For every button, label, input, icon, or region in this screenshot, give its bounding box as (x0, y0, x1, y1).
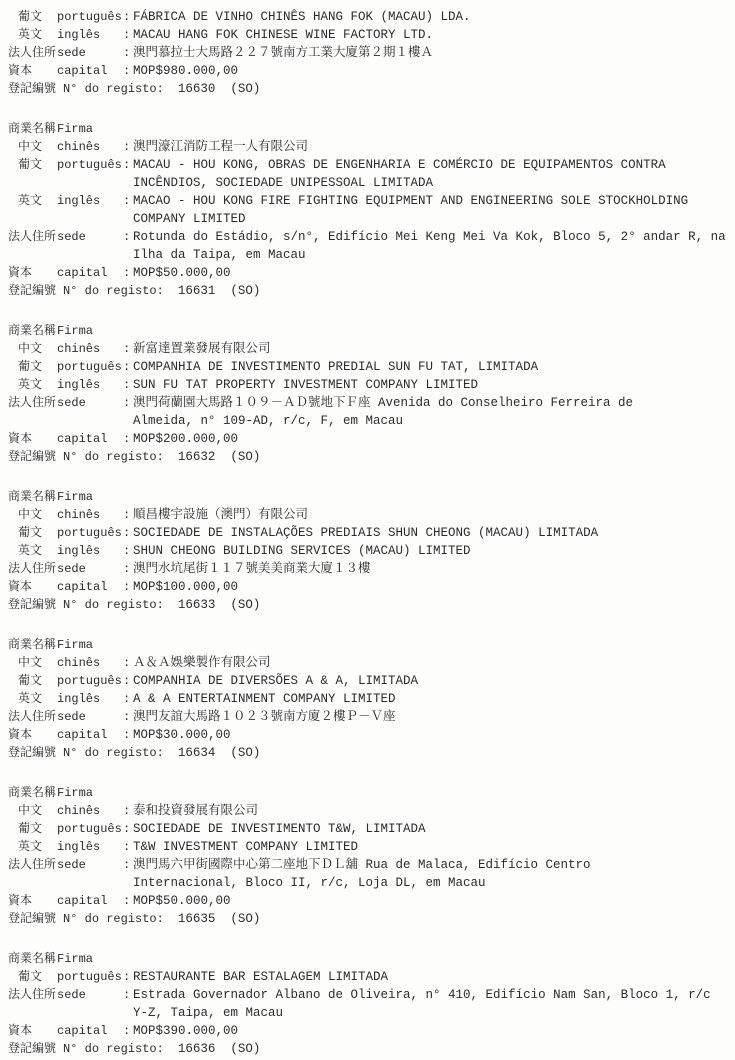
field-row: 中文chinês:Ａ＆Ａ娛樂製作有限公司 (0, 654, 735, 672)
field-value: MOP$30.000,00 (133, 726, 735, 744)
field-label-pt: Firma (57, 636, 123, 654)
field-value: 順昌樓宇設施（澳門）有限公司 (133, 506, 735, 524)
field-row: 資本capital:MOP$30.000,00 (0, 726, 735, 744)
field-value-line: FÁBRICA DE VINHO CHINÊS HANG FOK (MACAU)… (133, 8, 735, 26)
field-label-zh: 法人住所 (0, 986, 57, 1004)
field-value-line: MOP$100.000,00 (133, 578, 735, 596)
document-page: 葡文português:FÁBRICA DE VINHO CHINÊS HANG… (0, 8, 735, 1058)
colon-separator: : (123, 654, 133, 672)
field-label-pt: N° do registo: (63, 282, 164, 300)
field-value-line: COMPANY LIMITED (133, 210, 735, 228)
field-label-zh: 商業名稱 (0, 120, 57, 138)
field-label-pt: Firma (57, 488, 123, 506)
field-value-line: 泰和投資發展有限公司 (133, 802, 735, 820)
field-label-pt: inglês (57, 192, 123, 210)
field-row: 法人住所sede:澳門慕拉士大馬路２２７號南方工業大廈第２期１樓Ａ (0, 44, 735, 62)
colon-separator: : (123, 358, 133, 376)
field-label-pt: chinês (57, 802, 123, 820)
field-label-pt: sede (57, 44, 123, 62)
colon-separator: : (123, 986, 133, 1004)
field-value: MACAO - HOU KONG FIRE FIGHTING EQUIPMENT… (133, 192, 735, 228)
field-label-zh: 中文 (0, 138, 57, 156)
colon-separator: : (123, 62, 133, 80)
field-value: COMPANHIA DE DIVERSÕES A & A, LIMITADA (133, 672, 735, 690)
field-label-pt: inglês (57, 26, 123, 44)
colon-separator: : (123, 726, 133, 744)
field-value-line: RESTAURANTE BAR ESTALAGEM LIMITADA (133, 968, 735, 986)
field-row: 資本capital:MOP$980.000,00 (0, 62, 735, 80)
field-label-pt: N° do registo: (63, 1040, 164, 1058)
field-label-pt: chinês (57, 340, 123, 358)
field-value: A & A ENTERTAINMENT COMPANY LIMITED (133, 690, 735, 708)
field-value: COMPANHIA DE INVESTIMENTO PREDIAL SUN FU… (133, 358, 735, 376)
field-label-zh: 資本 (0, 578, 57, 596)
field-value-line: SUN FU TAT PROPERTY INVESTMENT COMPANY L… (133, 376, 735, 394)
registration-number-row: 登記編號N° do registo:16636 (SO) (0, 1040, 735, 1058)
field-value-line: MACAO - HOU KONG FIRE FIGHTING EQUIPMENT… (133, 192, 735, 210)
colon-separator: : (123, 138, 133, 156)
field-label-pt: inglês (57, 542, 123, 560)
firm-header-row: 商業名稱Firma (0, 120, 735, 138)
field-label-pt: N° do registo: (63, 448, 164, 466)
colon-separator: : (123, 26, 133, 44)
field-label-zh: 商業名稱 (0, 950, 57, 968)
field-value-line: SOCIEDADE DE INSTALAÇÕES PREDIAIS SHUN C… (133, 524, 735, 542)
field-value-line: A & A ENTERTAINMENT COMPANY LIMITED (133, 690, 735, 708)
field-value: MACAU - HOU KONG, OBRAS DE ENGENHARIA E … (133, 156, 735, 192)
field-label-zh: 法人住所 (0, 708, 57, 726)
field-label-pt: N° do registo: (63, 596, 164, 614)
firm-header-row: 商業名稱Firma (0, 488, 735, 506)
colon-separator: : (123, 542, 133, 560)
field-value: Estrada Governador Albano de Oliveira, n… (133, 986, 735, 1022)
field-value: 新富達置業發展有限公司 (133, 340, 735, 358)
field-value-line: SHUN CHEONG BUILDING SERVICES (MACAU) LI… (133, 542, 735, 560)
field-value-line: 澳門荷蘭園大馬路１０９－ＡＤ號地下Ｆ座 Avenida do Conselhei… (133, 394, 735, 412)
field-label-zh: 葡文 (0, 156, 57, 174)
field-value: MACAU HANG FOK CHINESE WINE FACTORY LTD. (133, 26, 735, 44)
field-label-pt: sede (57, 856, 123, 874)
field-label-zh: 資本 (0, 62, 57, 80)
field-value: SUN FU TAT PROPERTY INVESTMENT COMPANY L… (133, 376, 735, 394)
registration-number-row: 登記編號N° do registo:16635 (SO) (0, 910, 735, 928)
field-label-zh: 葡文 (0, 820, 57, 838)
field-label-zh: 法人住所 (0, 560, 57, 578)
field-label-zh: 登記編號 (0, 910, 56, 928)
field-label-pt: capital (57, 264, 123, 282)
field-value-line: COMPANHIA DE DIVERSÕES A & A, LIMITADA (133, 672, 735, 690)
field-row: 葡文português:COMPANHIA DE DIVERSÕES A & A… (0, 672, 735, 690)
field-label-pt: chinês (57, 654, 123, 672)
colon-separator: : (123, 560, 133, 578)
colon-separator: : (123, 968, 133, 986)
field-label-pt: sede (57, 394, 123, 412)
field-value-line: 澳門慕拉士大馬路２２７號南方工業大廈第２期１樓Ａ (133, 44, 735, 62)
colon-separator: : (123, 578, 133, 596)
field-row: 英文inglês:SHUN CHEONG BUILDING SERVICES (… (0, 542, 735, 560)
field-label-zh: 英文 (0, 376, 57, 394)
field-row: 法人住所sede:澳門水坑尾街１１７號美美商業大廈１３樓 (0, 560, 735, 578)
registration-number-row: 登記編號N° do registo:16632 (SO) (0, 448, 735, 466)
field-value: 澳門水坑尾街１１７號美美商業大廈１３樓 (133, 560, 735, 578)
field-value: Ａ＆Ａ娛樂製作有限公司 (133, 654, 735, 672)
field-label-zh: 法人住所 (0, 44, 57, 62)
colon-separator: : (123, 838, 133, 856)
field-value: 泰和投資發展有限公司 (133, 802, 735, 820)
field-value: MOP$980.000,00 (133, 62, 735, 80)
field-label-pt: português (57, 524, 123, 542)
field-row: 資本capital:MOP$390.000,00 (0, 1022, 735, 1040)
field-label-zh: 中文 (0, 340, 57, 358)
field-label-zh: 商業名稱 (0, 636, 57, 654)
field-label-pt: inglês (57, 376, 123, 394)
colon-separator: : (123, 156, 133, 174)
field-row: 中文chinês:新富達置業發展有限公司 (0, 340, 735, 358)
field-label-pt: Firma (57, 950, 123, 968)
field-value-line: MACAU - HOU KONG, OBRAS DE ENGENHARIA E … (133, 156, 735, 174)
field-value-line: 澳門友誼大馬路１０２３號南方廈２樓Ｐ－Ｖ座 (133, 708, 735, 726)
colon-separator: : (123, 892, 133, 910)
registry-entry: 商業名稱Firma中文chinês:新富達置業發展有限公司葡文português… (0, 322, 735, 466)
registration-number: 16630 (SO) (178, 80, 261, 98)
field-value-line: Estrada Governador Albano de Oliveira, n… (133, 986, 735, 1004)
field-value-line: Ilha da Taipa, em Macau (133, 246, 735, 264)
colon-separator: : (123, 1022, 133, 1040)
field-value: MOP$50.000,00 (133, 264, 735, 282)
field-label-pt: inglês (57, 690, 123, 708)
colon-separator: : (123, 376, 133, 394)
registration-number: 16631 (SO) (178, 282, 261, 300)
field-label-zh: 英文 (0, 26, 57, 44)
field-value: MOP$390.000,00 (133, 1022, 735, 1040)
field-value-line: COMPANHIA DE INVESTIMENTO PREDIAL SUN FU… (133, 358, 735, 376)
field-label-pt: sede (57, 708, 123, 726)
field-value-line: 澳門馬六甲街國際中心第二座地下ＤＬ舖 Rua de Malaca, Edifíc… (133, 856, 735, 874)
field-value-line: SOCIEDADE DE INVESTIMENTO T&W, LIMITADA (133, 820, 735, 838)
field-value-line: MOP$980.000,00 (133, 62, 735, 80)
field-value: 澳門濠江消防工程一人有限公司 (133, 138, 735, 156)
field-row: 葡文português:MACAU - HOU KONG, OBRAS DE E… (0, 156, 735, 192)
colon-separator: : (123, 264, 133, 282)
field-label-pt: capital (57, 1022, 123, 1040)
field-label-zh: 資本 (0, 1022, 57, 1040)
field-row: 資本capital:MOP$200.000,00 (0, 430, 735, 448)
field-value: T&W INVESTMENT COMPANY LIMITED (133, 838, 735, 856)
field-label-pt: português (57, 358, 123, 376)
field-value-line: Internacional, Bloco II, r/c, Loja DL, e… (133, 874, 735, 892)
colon-separator: : (123, 340, 133, 358)
field-row: 中文chinês:澳門濠江消防工程一人有限公司 (0, 138, 735, 156)
field-label-zh: 英文 (0, 838, 57, 856)
field-value-line: 澳門濠江消防工程一人有限公司 (133, 138, 735, 156)
field-value: 澳門荷蘭園大馬路１０９－ＡＤ號地下Ｆ座 Avenida do Conselhei… (133, 394, 735, 430)
field-value: FÁBRICA DE VINHO CHINÊS HANG FOK (MACAU)… (133, 8, 735, 26)
colon-separator: : (123, 44, 133, 62)
field-value-line: Ａ＆Ａ娛樂製作有限公司 (133, 654, 735, 672)
field-label-zh: 中文 (0, 654, 57, 672)
field-label-pt: Firma (57, 322, 123, 340)
firm-header-row: 商業名稱Firma (0, 784, 735, 802)
field-row: 葡文português:SOCIEDADE DE INVESTIMENTO T&… (0, 820, 735, 838)
field-value-line: 澳門水坑尾街１１７號美美商業大廈１３樓 (133, 560, 735, 578)
field-label-pt: capital (57, 726, 123, 744)
colon-separator: : (123, 802, 133, 820)
registration-number-row: 登記編號N° do registo:16630 (SO) (0, 80, 735, 98)
colon-separator: : (123, 506, 133, 524)
field-row: 法人住所sede:澳門荷蘭園大馬路１０９－ＡＤ號地下Ｆ座 Avenida do … (0, 394, 735, 430)
field-row: 葡文português:FÁBRICA DE VINHO CHINÊS HANG… (0, 8, 735, 26)
field-label-zh: 英文 (0, 542, 57, 560)
field-value: MOP$100.000,00 (133, 578, 735, 596)
field-value: MOP$200.000,00 (133, 430, 735, 448)
field-label-zh: 登記編號 (0, 80, 56, 98)
field-row: 英文inglês:A & A ENTERTAINMENT COMPANY LIM… (0, 690, 735, 708)
field-value-line: T&W INVESTMENT COMPANY LIMITED (133, 838, 735, 856)
field-label-pt: português (57, 820, 123, 838)
field-label-pt: Firma (57, 784, 123, 802)
registration-number: 16635 (SO) (178, 910, 261, 928)
colon-separator: : (123, 8, 133, 26)
colon-separator: : (123, 856, 133, 874)
field-value-line: MOP$50.000,00 (133, 892, 735, 910)
registration-number-row: 登記編號N° do registo:16631 (SO) (0, 282, 735, 300)
field-label-zh: 葡文 (0, 672, 57, 690)
field-row: 資本capital:MOP$50.000,00 (0, 264, 735, 282)
field-value-line: Y-Z, Taipa, em Macau (133, 1004, 735, 1022)
registry-entry: 葡文português:FÁBRICA DE VINHO CHINÊS HANG… (0, 8, 735, 98)
firm-header-row: 商業名稱Firma (0, 322, 735, 340)
field-label-pt: inglês (57, 838, 123, 856)
colon-separator: : (123, 430, 133, 448)
field-label-zh: 商業名稱 (0, 322, 57, 340)
field-label-pt: português (57, 672, 123, 690)
field-row: 葡文português:SOCIEDADE DE INSTALAÇÕES PRE… (0, 524, 735, 542)
field-row: 英文inglês:SUN FU TAT PROPERTY INVESTMENT … (0, 376, 735, 394)
field-label-pt: capital (57, 430, 123, 448)
field-row: 葡文português:COMPANHIA DE INVESTIMENTO PR… (0, 358, 735, 376)
field-value: Rotunda do Estádio, s/n°, Edifício Mei K… (133, 228, 735, 264)
field-label-pt: sede (57, 560, 123, 578)
field-label-pt: português (57, 968, 123, 986)
field-value: 澳門友誼大馬路１０２３號南方廈２樓Ｐ－Ｖ座 (133, 708, 735, 726)
field-label-zh: 資本 (0, 430, 57, 448)
registration-number: 16632 (SO) (178, 448, 261, 466)
registry-entry: 商業名稱Firma中文chinês:Ａ＆Ａ娛樂製作有限公司葡文português… (0, 636, 735, 762)
field-value: RESTAURANTE BAR ESTALAGEM LIMITADA (133, 968, 735, 986)
field-row: 資本capital:MOP$50.000,00 (0, 892, 735, 910)
registration-number-row: 登記編號N° do registo:16633 (SO) (0, 596, 735, 614)
field-label-zh: 法人住所 (0, 394, 57, 412)
registry-entry: 商業名稱Firma中文chinês:順昌樓宇設施（澳門）有限公司葡文portug… (0, 488, 735, 614)
field-label-zh: 登記編號 (0, 1040, 56, 1058)
field-label-zh: 登記編號 (0, 282, 56, 300)
colon-separator: : (123, 672, 133, 690)
field-row: 法人住所sede:Rotunda do Estádio, s/n°, Edifí… (0, 228, 735, 264)
field-value: SHUN CHEONG BUILDING SERVICES (MACAU) LI… (133, 542, 735, 560)
field-label-zh: 中文 (0, 506, 57, 524)
field-label-zh: 商業名稱 (0, 784, 57, 802)
field-label-pt: N° do registo: (63, 910, 164, 928)
field-label-pt: capital (57, 892, 123, 910)
registration-number: 16634 (SO) (178, 744, 261, 762)
field-label-zh: 商業名稱 (0, 488, 57, 506)
field-label-pt: português (57, 8, 123, 26)
field-value: 澳門慕拉士大馬路２２７號南方工業大廈第２期１樓Ａ (133, 44, 735, 62)
field-value: 澳門馬六甲街國際中心第二座地下ＤＬ舖 Rua de Malaca, Edifíc… (133, 856, 735, 892)
field-label-pt: chinês (57, 138, 123, 156)
field-label-pt: sede (57, 228, 123, 246)
field-row: 中文chinês:泰和投資發展有限公司 (0, 802, 735, 820)
firm-header-row: 商業名稱Firma (0, 636, 735, 654)
field-label-pt: N° do registo: (63, 744, 164, 762)
field-label-zh: 登記編號 (0, 596, 56, 614)
field-value-line: MOP$50.000,00 (133, 264, 735, 282)
field-label-pt: chinês (57, 506, 123, 524)
field-label-pt: Firma (57, 120, 123, 138)
field-label-zh: 資本 (0, 726, 57, 744)
field-label-zh: 法人住所 (0, 856, 57, 874)
field-label-pt: N° do registo: (63, 80, 164, 98)
field-label-zh: 中文 (0, 802, 57, 820)
field-label-pt: sede (57, 986, 123, 1004)
field-label-zh: 資本 (0, 892, 57, 910)
field-label-zh: 登記編號 (0, 744, 56, 762)
field-label-zh: 英文 (0, 192, 57, 210)
field-value-line: Almeida, n° 109-AD, r/c, F, em Macau (133, 412, 735, 430)
field-label-zh: 英文 (0, 690, 57, 708)
field-label-zh: 登記編號 (0, 448, 56, 466)
colon-separator: : (123, 524, 133, 542)
registry-entry: 商業名稱Firma葡文português:RESTAURANTE BAR EST… (0, 950, 735, 1058)
field-label-zh: 資本 (0, 264, 57, 282)
field-row: 英文inglês:T&W INVESTMENT COMPANY LIMITED (0, 838, 735, 856)
field-value-line: MOP$30.000,00 (133, 726, 735, 744)
field-label-zh: 葡文 (0, 968, 57, 986)
field-row: 英文inglês:MACAO - HOU KONG FIRE FIGHTING … (0, 192, 735, 228)
registry-entry: 商業名稱Firma中文chinês:泰和投資發展有限公司葡文português:… (0, 784, 735, 928)
field-label-zh: 葡文 (0, 524, 57, 542)
colon-separator: : (123, 820, 133, 838)
field-row: 法人住所sede:澳門友誼大馬路１０２３號南方廈２樓Ｐ－Ｖ座 (0, 708, 735, 726)
field-label-pt: português (57, 156, 123, 174)
field-label-pt: capital (57, 578, 123, 596)
registration-number: 16636 (SO) (178, 1040, 261, 1058)
registry-entry: 商業名稱Firma中文chinês:澳門濠江消防工程一人有限公司葡文portug… (0, 120, 735, 300)
field-value-line: MACAU HANG FOK CHINESE WINE FACTORY LTD. (133, 26, 735, 44)
firm-header-row: 商業名稱Firma (0, 950, 735, 968)
registration-number: 16633 (SO) (178, 596, 261, 614)
field-row: 資本capital:MOP$100.000,00 (0, 578, 735, 596)
field-row: 葡文português:RESTAURANTE BAR ESTALAGEM LI… (0, 968, 735, 986)
colon-separator: : (123, 708, 133, 726)
field-label-pt: capital (57, 62, 123, 80)
colon-separator: : (123, 192, 133, 210)
registration-number-row: 登記編號N° do registo:16634 (SO) (0, 744, 735, 762)
field-value-line: INCÊNDIOS, SOCIEDADE UNIPESSOAL LIMITADA (133, 174, 735, 192)
field-value-line: Rotunda do Estádio, s/n°, Edifício Mei K… (133, 228, 735, 246)
field-label-zh: 葡文 (0, 358, 57, 376)
field-value: SOCIEDADE DE INVESTIMENTO T&W, LIMITADA (133, 820, 735, 838)
field-row: 中文chinês:順昌樓宇設施（澳門）有限公司 (0, 506, 735, 524)
field-row: 法人住所sede:澳門馬六甲街國際中心第二座地下ＤＬ舖 Rua de Malac… (0, 856, 735, 892)
colon-separator: : (123, 690, 133, 708)
colon-separator: : (123, 228, 133, 246)
field-row: 英文inglês:MACAU HANG FOK CHINESE WINE FAC… (0, 26, 735, 44)
field-value: MOP$50.000,00 (133, 892, 735, 910)
field-value-line: 順昌樓宇設施（澳門）有限公司 (133, 506, 735, 524)
field-value-line: MOP$200.000,00 (133, 430, 735, 448)
field-label-zh: 法人住所 (0, 228, 57, 246)
colon-separator: : (123, 394, 133, 412)
field-row: 法人住所sede:Estrada Governador Albano de Ol… (0, 986, 735, 1022)
field-value: SOCIEDADE DE INSTALAÇÕES PREDIAIS SHUN C… (133, 524, 735, 542)
field-value-line: MOP$390.000,00 (133, 1022, 735, 1040)
field-value-line: 新富達置業發展有限公司 (133, 340, 735, 358)
field-label-zh: 葡文 (0, 8, 57, 26)
